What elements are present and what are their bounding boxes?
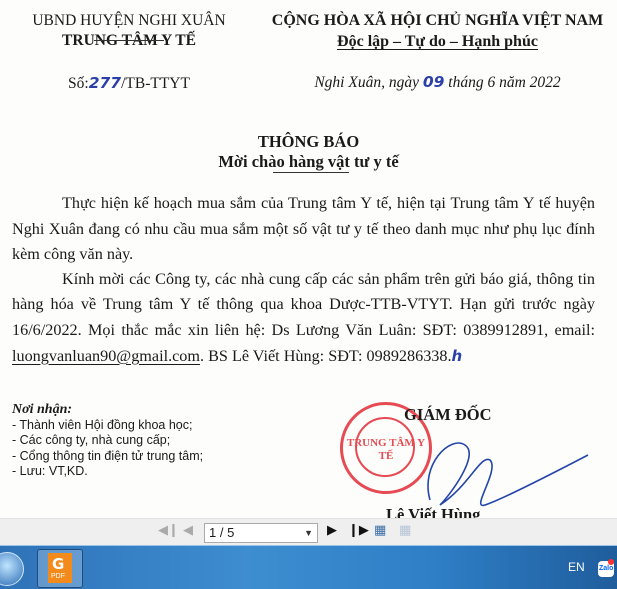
next-page-icon[interactable]: ▶: [327, 523, 337, 538]
body: Thực hiện kế hoạch mua sắm của Trung tâm…: [12, 191, 595, 369]
recipient-item: - Các công ty, nhà cung cấp;: [12, 433, 203, 449]
zalo-tray-icon[interactable]: Zalo: [598, 561, 614, 577]
number-handwritten: 277: [89, 74, 121, 92]
document-number: Số:277/TB-TTYT: [0, 74, 258, 93]
recipient-item: - Lưu: VT,KD.: [12, 464, 203, 480]
signature-icon: [410, 425, 590, 515]
start-orb-icon[interactable]: [0, 552, 24, 586]
document-page: UBND HUYỆN NGHI XUÂN TRUNG TÂM Y TẾ Số:2…: [0, 0, 617, 518]
previous-page-icon[interactable]: ◀: [183, 523, 193, 538]
subtitle-underline: [273, 172, 349, 173]
country-name: CỘNG HÒA XÃ HỘI CHỦ NGHĨA VIỆT NAM: [258, 12, 617, 30]
recipients-title: Nơi nhận:: [12, 402, 203, 418]
first-page-icon[interactable]: ◀❙: [158, 523, 179, 538]
taskbar-app-foxit[interactable]: G PDF: [37, 549, 83, 588]
email-link[interactable]: luongvanluan90@gmail.com: [12, 347, 200, 365]
paragraph-1: Thực hiện kế hoạch mua sắm của Trung tâm…: [12, 191, 595, 268]
view-layout-disabled-icon: ▦: [399, 523, 411, 538]
day-handwritten: 09: [423, 73, 445, 91]
signer-name: Lê Viết Hùng: [386, 505, 480, 518]
org-parent: UBND HUYỆN NGHI XUÂN: [0, 12, 258, 30]
number-suffix: /TB-TTYT: [121, 75, 190, 92]
windows-taskbar: G PDF EN Zalo: [0, 545, 617, 589]
language-indicator[interactable]: EN: [568, 560, 585, 574]
chevron-down-icon: ▼: [300, 524, 313, 542]
motto: Độc lập – Tự do – Hạnh phúc: [258, 33, 617, 51]
number-prefix: Số:: [68, 75, 89, 92]
recipients: Nơi nhận: - Thành viên Hội đồng khoa học…: [12, 402, 203, 480]
page-selector[interactable]: 1 / 5 ▼: [204, 523, 318, 543]
view-layout-icon[interactable]: ▦: [374, 523, 386, 538]
paragraph-2: Kính mời các Công ty, các nhà cung cấp c…: [12, 267, 595, 369]
org-name: TRUNG TÂM Y TẾ: [0, 32, 258, 50]
header-underline: [94, 40, 164, 41]
date-line: Nghi Xuân, ngày 09 tháng 6 năm 2022: [258, 73, 617, 92]
recipient-item: - Thành viên Hội đồng khoa học;: [12, 418, 203, 434]
recipient-item: - Cổng thông tin điện tử trung tâm;: [12, 449, 203, 465]
foxit-pdf-icon: G PDF: [48, 553, 72, 583]
signer-title: GIÁM ĐỐC: [404, 405, 492, 425]
notice-subtitle: Mời chào hàng vật tư y tế: [0, 152, 617, 172]
last-page-icon[interactable]: ❙▶: [348, 523, 369, 538]
notice-title: THÔNG BÁO: [0, 132, 617, 152]
initials-signature: h: [452, 347, 463, 365]
pdf-viewer-toolbar: ◀❙ ◀ 1 / 5 ▼ ▶ ❙▶ ▦ ▦: [0, 518, 617, 546]
